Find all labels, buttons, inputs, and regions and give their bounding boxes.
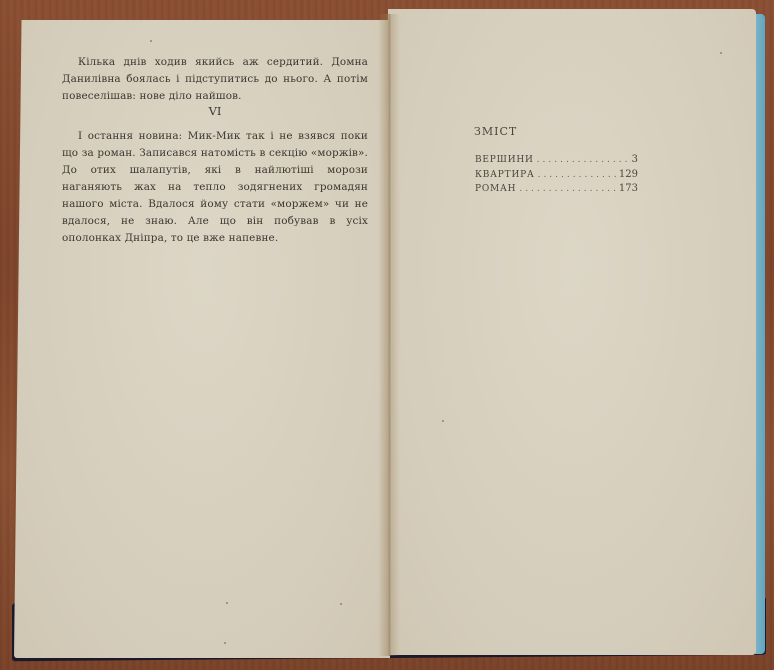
toc-entry-title: ВЕРШИНИ — [475, 155, 534, 165]
paper-speck — [720, 52, 722, 54]
right-page — [388, 9, 756, 655]
toc-entry: КВАРТИРА .............................. … — [475, 169, 638, 184]
toc-entry-page: 173 — [619, 183, 638, 194]
toc-leader-dots: .............................. — [519, 184, 616, 194]
toc-entry: РОМАН .............................. 173 — [475, 183, 638, 198]
toc-leader-dots: .............................. — [537, 155, 629, 165]
paper-speck — [226, 602, 228, 604]
paragraph-1: Кілька днів ходив якийсь аж сердитий. До… — [62, 54, 368, 105]
book-cover-edge — [755, 14, 765, 654]
toc-entry: ВЕРШИНИ .............................. 3 — [475, 154, 638, 169]
table-of-contents: ВЕРШИНИ .............................. 3… — [475, 154, 638, 198]
paper-speck — [442, 420, 444, 422]
paragraph-2: І остання новина: Мик-Мик так і не взявс… — [62, 128, 368, 247]
book-spine-gutter — [378, 14, 400, 656]
paper-speck — [224, 642, 226, 644]
paper-speck — [340, 603, 342, 605]
toc-entry-page: 3 — [632, 154, 638, 165]
paper-speck — [150, 40, 152, 42]
toc-entry-title: КВАРТИРА — [475, 170, 535, 180]
toc-title: ЗМІСТ — [474, 125, 517, 138]
chapter-heading: VI — [62, 104, 368, 118]
toc-leader-dots: .............................. — [538, 170, 616, 180]
toc-entry-page: 129 — [619, 169, 638, 180]
toc-entry-title: РОМАН — [475, 184, 516, 194]
